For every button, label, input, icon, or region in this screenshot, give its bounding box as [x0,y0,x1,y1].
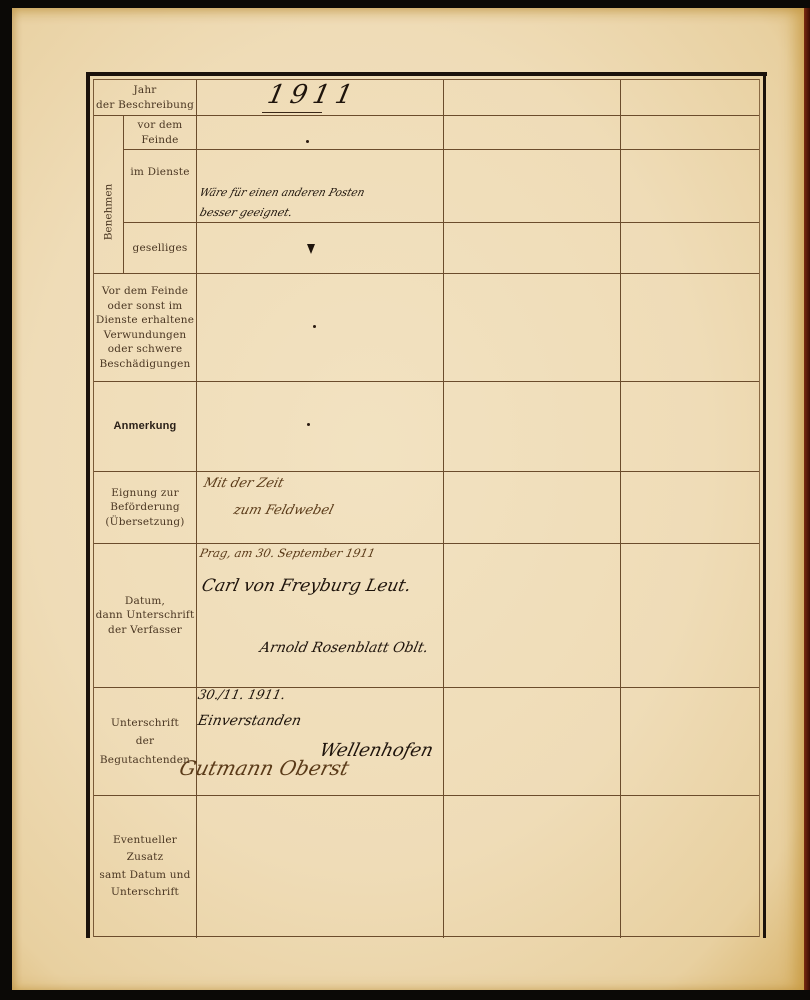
column-divider-2 [620,80,621,938]
label-zusatz-line: Unterschrift [111,885,179,900]
frame-border-top [86,72,767,76]
label-verwundungen: Vor dem Feinde oder sonst im Dienste erh… [94,274,196,381]
ink-blot [307,244,315,254]
entry-datum-signature-1: Carl von Freyburg Leut. [200,576,413,596]
entry-im-dienste-line1: Wäre für einen anderen Posten [198,186,366,199]
label-verwundungen-line: Vor dem Feinde [102,284,188,299]
column-divider-1 [443,80,444,938]
label-datum-line: dann Unterschrift [96,608,195,623]
entry-begutachtenden-signature-2: Gutmann Oberst [177,756,352,780]
label-vor-dem-feinde-line2: Feinde [141,133,178,148]
ink-mark [307,423,310,426]
entry-begutachtenden-date: 30./11. 1911. [196,688,286,703]
label-vor-dem-feinde-line1: vor dem [138,118,183,133]
label-vor-dem-feinde: vor dem Feinde [124,116,196,149]
label-begutachtenden-line: der [136,734,155,749]
label-jahr-line2: der Beschreibung [96,98,194,113]
row-line-im-dienste [123,222,759,223]
label-datum: Datum, dann Unterschrift der Verfasser [94,544,196,687]
label-eignung-line: Eignung zur [111,486,179,501]
entry-im-dienste-line2: besser geeignet. [198,206,294,219]
label-datum-line: Datum, [125,594,165,609]
entry-begutachtenden-approval: Einverstanden [196,713,302,729]
entry-datum-signature-2: Arnold Rosenblatt Oblt. [258,640,429,656]
label-column-divider [196,80,197,938]
entry-eignung-line2: zum Feldwebel [232,503,335,518]
entry-datum-place-date: Prag, am 30. September 1911 [199,546,377,560]
label-begutachtenden-line: Begutachtenden [100,753,190,768]
ink-mark [313,325,316,328]
row-line-zusatz [94,936,759,937]
label-verwundungen-line: oder schwere [108,342,182,357]
label-begutachtenden-line: Unterschrift [111,716,179,731]
row-line-vor-dem-feinde [123,149,759,150]
label-verwundungen-line: Dienste erhaltene [96,313,194,328]
label-eignung-line: (Übersetzung) [105,515,184,530]
label-im-dienste-text: im Dienste [130,165,189,180]
label-zusatz: Eventueller Zusatz samt Datum und Unters… [94,796,196,936]
label-geselliges: geselliges [124,223,196,273]
label-geselliges-text: geselliges [133,241,188,256]
frame-border-left [86,72,90,938]
ink-mark [306,140,309,143]
label-anmerkung: Anmerkung [94,382,196,471]
label-verwundungen-line: oder sonst im [108,299,183,314]
label-zusatz-line: samt Datum und [99,868,190,883]
underline-jahr [262,112,322,113]
label-eignung-line: Beförderung [110,500,180,515]
page-edge [804,8,810,990]
label-verwundungen-line: Verwundungen [104,328,187,343]
entry-jahr: 1911 [265,80,362,110]
label-zusatz-line: Zusatz [127,850,164,865]
label-benehmen: Benehmen [94,150,122,274]
entry-eignung-line1: Mit der Zeit [202,476,285,491]
label-benehmen-text: Benehmen [102,184,114,241]
label-jahr-line1: Jahr [133,83,156,98]
label-zusatz-line: Eventueller [113,833,177,848]
frame-border-right [763,72,766,938]
label-datum-line: der Verfasser [108,623,182,638]
label-verwundungen-line: Beschädigungen [99,357,190,372]
label-eignung: Eignung zur Beförderung (Übersetzung) [94,472,196,543]
label-im-dienste: im Dienste [124,150,196,222]
label-jahr: Jahr der Beschreibung [94,80,196,115]
label-anmerkung-text: Anmerkung [114,419,177,434]
frame-inner-right [759,79,760,937]
